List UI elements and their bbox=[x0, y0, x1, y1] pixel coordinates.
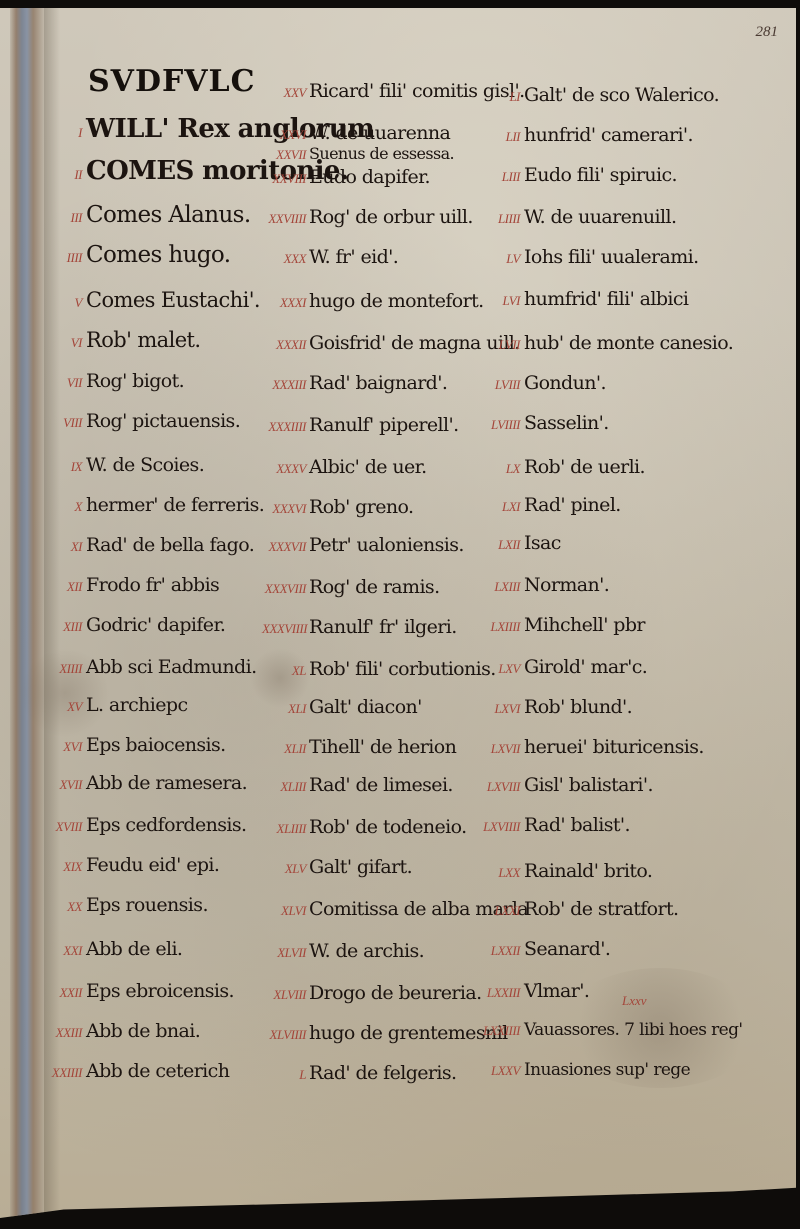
entry-number: LXII bbox=[480, 537, 520, 553]
entry-name: Tihell' de herion bbox=[309, 736, 456, 758]
entry: LXXRainald' brito. bbox=[480, 860, 652, 882]
entry: XIXFeudu eid' epi. bbox=[44, 854, 219, 876]
entry: XLIGalt' diacon' bbox=[262, 696, 422, 718]
entry-number: XXXI bbox=[262, 295, 306, 311]
entry-name: Abb de ramesera. bbox=[86, 772, 247, 794]
entry: LIIIEudo fili' spiruic. bbox=[480, 164, 677, 186]
entry-number: IX bbox=[44, 459, 82, 475]
entry-name: Eps ebroicensis. bbox=[86, 980, 234, 1002]
entry-name: Petr' ualoniensis. bbox=[309, 534, 464, 556]
entry-name: Rog' bigot. bbox=[86, 370, 184, 392]
entry-number: LXVI bbox=[480, 701, 520, 717]
entry-name: Rad' balist'. bbox=[524, 814, 630, 836]
entry-number: V bbox=[44, 295, 82, 311]
entry-name: Vlmar'. bbox=[524, 980, 589, 1002]
entry-number: XXVIII bbox=[262, 171, 306, 187]
entry: XIRad' de bella fago. bbox=[44, 534, 254, 556]
entry-name: Norman'. bbox=[524, 574, 609, 596]
entry-name: Rob' blund'. bbox=[524, 696, 632, 718]
entry: XXXVIRob' greno. bbox=[262, 496, 413, 518]
entry-name: L. archiepc bbox=[86, 694, 188, 716]
entry-number: LXV bbox=[480, 661, 520, 677]
entry-name: Rad' de felgeris. bbox=[309, 1062, 456, 1084]
entry-number: XLVIIII bbox=[262, 1027, 306, 1043]
entry-name: Rob' de stratfort. bbox=[524, 898, 678, 920]
entry-name: Eps cedfordensis. bbox=[86, 814, 247, 836]
entry: XXIIEps ebroicensis. bbox=[44, 980, 234, 1002]
entry-number: XXVII bbox=[262, 147, 306, 163]
entry-number: XVI bbox=[44, 739, 82, 755]
entry: XXXVAlbic' de uer. bbox=[262, 456, 427, 478]
entry-number: XXXIIII bbox=[262, 419, 306, 435]
entry: XXXIIIIRanulf' piperell'. bbox=[262, 414, 459, 436]
entry: XIIIIAbb sci Eadmundi. bbox=[44, 656, 257, 678]
entry-name: W. de Scoies. bbox=[86, 454, 204, 476]
entry: XLIIIIRob' de todeneio. bbox=[262, 816, 467, 838]
entry-number: XXXIII bbox=[262, 377, 306, 393]
entry-number: LXIII bbox=[480, 579, 520, 595]
entry-name: Abb sci Eadmundi. bbox=[86, 656, 257, 678]
entry: XIIIGodric' dapifer. bbox=[44, 614, 225, 636]
entry-name: Seanard'. bbox=[524, 938, 610, 960]
entry-number: XVII bbox=[44, 777, 82, 793]
entry: XXVIIIIRog' de orbur uill. bbox=[262, 206, 473, 228]
entry-name: Mihchell' pbr bbox=[524, 614, 645, 636]
entry: LXIIINorman'. bbox=[480, 574, 609, 596]
entry: LVIhumfrid' fili' albici bbox=[480, 288, 688, 310]
entry-name: Feudu eid' epi. bbox=[86, 854, 219, 876]
entry: XVIIAbb de ramesera. bbox=[44, 772, 247, 794]
entry-name: Abb de eli. bbox=[86, 938, 182, 960]
entry-name: Iohs fili' uualerami. bbox=[524, 246, 699, 268]
entry: XIIFrodo fr' abbis bbox=[44, 574, 219, 596]
entry-number: XLII bbox=[262, 741, 306, 757]
entry: XXXIIIRad' baignard'. bbox=[262, 372, 447, 394]
entry: VIRob' malet. bbox=[44, 328, 200, 352]
entry-name: Comes Eustachi'. bbox=[86, 288, 260, 312]
entry-name: Inuasiones sup' rege bbox=[524, 1060, 690, 1080]
entry-name: Galt' diacon' bbox=[309, 696, 422, 718]
entry-number: XLIIII bbox=[262, 821, 306, 837]
entry-name: Isac bbox=[524, 532, 561, 554]
entry-number: XIX bbox=[44, 859, 82, 875]
entry-name: Ranulf' fr' ilgeri. bbox=[309, 616, 457, 638]
entry: LXIIIsac bbox=[480, 532, 561, 554]
entry-number: XXXVIIII bbox=[262, 621, 306, 637]
entry: XLIITihell' de herion bbox=[262, 736, 456, 758]
binding-edge bbox=[10, 8, 44, 1218]
entry: XVL. archiepc bbox=[44, 694, 188, 716]
entry: XXVIISuenus de essessa. bbox=[262, 144, 454, 163]
entry-name: Sasselin'. bbox=[524, 412, 609, 434]
entry-name: Godric' dapifer. bbox=[86, 614, 225, 636]
entry-name: Eudo dapifer. bbox=[309, 166, 430, 188]
entry-number: XLV bbox=[262, 861, 306, 877]
entry-name: Vauassores. 7 libi hoes reg' bbox=[524, 1020, 742, 1040]
entry: XXXVIIPetr' ualoniensis. bbox=[262, 534, 464, 556]
entry-name: Abb de ceterich bbox=[86, 1060, 229, 1082]
entry-number: III bbox=[44, 210, 82, 226]
entry-number: XXXVIII bbox=[262, 581, 306, 597]
entry-number: XXXVI bbox=[262, 501, 306, 517]
entry-name: hunfrid' camerari'. bbox=[524, 124, 693, 146]
entry-number: XLVI bbox=[262, 903, 306, 919]
entry-number: II bbox=[44, 167, 82, 183]
entry: XLVGalt' gifart. bbox=[262, 856, 412, 878]
entry: XVIEps baiocensis. bbox=[44, 734, 226, 756]
entry: IIIIComes hugo. bbox=[44, 242, 230, 268]
entry-number: LVIIII bbox=[480, 417, 520, 433]
entry: XXVIW. de uuarenna bbox=[262, 122, 450, 144]
entry-name: Suenus de essessa. bbox=[309, 144, 454, 163]
entry-name: W. de archis. bbox=[309, 940, 424, 962]
entry-name: Rog' de orbur uill. bbox=[309, 206, 473, 228]
entry-number: XLVIII bbox=[262, 987, 306, 1003]
entry-name: Drogo de beureria. bbox=[309, 982, 482, 1004]
entry-number: LXXI bbox=[480, 903, 520, 919]
entry: XLVIIIIhugo de grentemesnil bbox=[262, 1022, 508, 1044]
entry-name: Frodo fr' abbis bbox=[86, 574, 219, 596]
entry-number: VIII bbox=[44, 415, 82, 431]
entry-number: XXV bbox=[262, 85, 306, 101]
entry: LXXIRob' de stratfort. bbox=[480, 898, 678, 920]
entry-name: W. de uuarenna bbox=[309, 122, 450, 144]
entry-number: LXXV bbox=[480, 1063, 520, 1079]
entry-name: hermer' de ferreris. bbox=[86, 494, 264, 516]
entry-number: LXX bbox=[480, 865, 520, 881]
entry: LRad' de felgeris. bbox=[262, 1062, 456, 1084]
entry-name: Albic' de uer. bbox=[309, 456, 427, 478]
entry-number: XLVII bbox=[262, 945, 306, 961]
entry-name: Eudo fili' spiruic. bbox=[524, 164, 677, 186]
entry-number: XL bbox=[262, 663, 306, 679]
entry-name: Rob' fili' corbutionis. bbox=[309, 658, 496, 680]
entry-name: Gisl' balistari'. bbox=[524, 774, 653, 796]
entry-number: LXVII bbox=[480, 741, 520, 757]
entry-name: Rad' de bella fago. bbox=[86, 534, 254, 556]
entry-number: XII bbox=[44, 579, 82, 595]
entry: LXIRad' pinel. bbox=[480, 494, 621, 516]
entry: VComes Eustachi'. bbox=[44, 288, 260, 312]
entry: VIIIRog' pictauensis. bbox=[44, 410, 240, 432]
entry-name: Eps baiocensis. bbox=[86, 734, 226, 756]
manuscript-page: 281 SVDFVLC IWILL' Rex anglorum IICOMES … bbox=[0, 8, 796, 1218]
entry-name: Girold' mar'c. bbox=[524, 656, 647, 678]
entry: XLRob' fili' corbutionis. bbox=[262, 658, 496, 680]
entry-number: XXXVII bbox=[262, 539, 306, 555]
entry: XLVIIW. de archis. bbox=[262, 940, 424, 962]
entry-name: hugo de montefort. bbox=[309, 290, 484, 312]
entry-name: Rog' de ramis. bbox=[309, 576, 440, 598]
entry: XXVIIIEudo dapifer. bbox=[262, 166, 430, 188]
entry: XXXVIIIRog' de ramis. bbox=[262, 576, 440, 598]
entry-name: Ranulf' piperell'. bbox=[309, 414, 459, 436]
entry: LIGalt' de sco Walerico. bbox=[480, 84, 719, 106]
entry-name: Galt' de sco Walerico. bbox=[524, 84, 719, 106]
entry-number: XXVIIII bbox=[262, 211, 306, 227]
entry: Xhermer' de ferreris. bbox=[44, 494, 264, 516]
entry-number: X bbox=[44, 499, 82, 515]
entry: LXVIRob' blund'. bbox=[480, 696, 632, 718]
entry: LXXIIIIVauassores. 7 libi hoes reg' bbox=[480, 1020, 742, 1040]
entry: XXIIIAbb de bnai. bbox=[44, 1020, 200, 1042]
entry-number: L bbox=[262, 1067, 306, 1083]
entry: VIIRog' bigot. bbox=[44, 370, 184, 392]
entry-number: LVII bbox=[480, 337, 520, 353]
entry: LXXIISeanard'. bbox=[480, 938, 610, 960]
entry-name: hub' de monte canesio. bbox=[524, 332, 733, 354]
county-heading: SVDFVLC bbox=[88, 64, 256, 99]
entry-name: Rob' malet. bbox=[86, 328, 200, 352]
entry-number: XI bbox=[44, 539, 82, 555]
entry-number: XXI bbox=[44, 943, 82, 959]
entry-name: hugo de grentemesnil bbox=[309, 1022, 508, 1044]
entry-number: XXX bbox=[262, 251, 306, 267]
entry: XXXVIIIIRanulf' fr' ilgeri. bbox=[262, 616, 457, 638]
entry: LXRob' de uerli. bbox=[480, 456, 645, 478]
entry-number: XXII bbox=[44, 985, 82, 1001]
entry: LXVIIIGisl' balistari'. bbox=[480, 774, 653, 796]
entry-name: Rob' greno. bbox=[309, 496, 413, 518]
entry-number: LVIII bbox=[480, 377, 520, 393]
entry-name: heruei' bituricensis. bbox=[524, 736, 704, 758]
entry: XLIIIRad' de limesei. bbox=[262, 774, 453, 796]
entry: LIIhunfrid' camerari'. bbox=[480, 124, 693, 146]
entry-name: Eps rouensis. bbox=[86, 894, 208, 916]
entry-name: Rad' baignard'. bbox=[309, 372, 447, 394]
entry: LVIIIISasselin'. bbox=[480, 412, 609, 434]
entry-number: LXXIIII bbox=[480, 1023, 520, 1039]
entry-number: LV bbox=[480, 251, 520, 267]
entry: XXXIhugo de montefort. bbox=[262, 290, 484, 312]
entry-number: XXVI bbox=[262, 127, 306, 143]
entry-number: XVIII bbox=[44, 819, 82, 835]
entry-number: LXIIII bbox=[480, 619, 520, 635]
entry-name: Rob' de todeneio. bbox=[309, 816, 467, 838]
entry-name: Rainald' brito. bbox=[524, 860, 652, 882]
entry: LVIohs fili' uualerami. bbox=[480, 246, 699, 268]
entry: XXEps rouensis. bbox=[44, 894, 208, 916]
entry: LXVIIheruei' bituricensis. bbox=[480, 736, 704, 758]
entry-number: LI bbox=[480, 89, 520, 105]
entry-name: Gondun'. bbox=[524, 372, 606, 394]
entry-number: XXXII bbox=[262, 337, 306, 353]
entry: IIIComes Alanus. bbox=[44, 202, 251, 228]
entry: LVIIhub' de monte canesio. bbox=[480, 332, 733, 354]
entry-name: W. fr' eid'. bbox=[309, 246, 398, 268]
entry-name: Comes hugo. bbox=[86, 242, 230, 268]
entry: LVIIIGondun'. bbox=[480, 372, 606, 394]
entry-number: XIII bbox=[44, 619, 82, 635]
entry-number: XXXV bbox=[262, 461, 306, 477]
entry-name: Rob' de uerli. bbox=[524, 456, 645, 478]
entry: LXXVInuasiones sup' rege bbox=[480, 1060, 690, 1080]
entry-number: LXXII bbox=[480, 943, 520, 959]
entry-number: LX bbox=[480, 461, 520, 477]
entry-number: LII bbox=[480, 129, 520, 145]
entry: XXXW. fr' eid'. bbox=[262, 246, 398, 268]
entry: XXIAbb de eli. bbox=[44, 938, 182, 960]
entry-name: humfrid' fili' albici bbox=[524, 288, 688, 310]
entry-number: LXI bbox=[480, 499, 520, 515]
entry-number: LVI bbox=[480, 293, 520, 309]
entry: XVIIIEps cedfordensis. bbox=[44, 814, 247, 836]
entry-name: W. de uuarenuill. bbox=[524, 206, 676, 228]
entry-name: Rog' pictauensis. bbox=[86, 410, 240, 432]
entry: LXVIIIIRad' balist'. bbox=[480, 814, 630, 836]
entry: XXIIIIAbb de ceterich bbox=[44, 1060, 229, 1082]
entry: IXW. de Scoies. bbox=[44, 454, 204, 476]
entry-name: Rad' de limesei. bbox=[309, 774, 453, 796]
entry: LXVGirold' mar'c. bbox=[480, 656, 647, 678]
entry: XLVIIIDrogo de beureria. bbox=[262, 982, 482, 1004]
entry-number: XIIII bbox=[44, 661, 82, 677]
margin-note: Lxxv bbox=[622, 993, 647, 1009]
entry-number: LIIII bbox=[480, 211, 520, 227]
entry-number: LXVIII bbox=[480, 779, 520, 795]
entry-number: XX bbox=[44, 899, 82, 915]
folio-number: 281 bbox=[756, 24, 779, 41]
entry-number: LXVIIII bbox=[480, 819, 520, 835]
entry: LIIIIW. de uuarenuill. bbox=[480, 206, 676, 228]
entry: LXXIIIVlmar'. bbox=[480, 980, 589, 1002]
entry-number: LIII bbox=[480, 169, 520, 185]
entry-number: LXXIII bbox=[480, 985, 520, 1001]
entry-number: VI bbox=[44, 335, 82, 351]
entry-number: XXIIII bbox=[44, 1065, 82, 1081]
entry-number: IIII bbox=[44, 250, 82, 266]
entry-number: XV bbox=[44, 699, 82, 715]
entry-number: I bbox=[44, 125, 82, 141]
entry-name: Rad' pinel. bbox=[524, 494, 621, 516]
entry-name: Comes Alanus. bbox=[86, 202, 251, 228]
entry: LXIIIIMihchell' pbr bbox=[480, 614, 645, 636]
entry-name: Galt' gifart. bbox=[309, 856, 412, 878]
entry-name: Abb de bnai. bbox=[86, 1020, 200, 1042]
entry-number: XXIII bbox=[44, 1025, 82, 1041]
entry-number: VII bbox=[44, 375, 82, 391]
entry-number: XLIII bbox=[262, 779, 306, 795]
entry-number: XLI bbox=[262, 701, 306, 717]
